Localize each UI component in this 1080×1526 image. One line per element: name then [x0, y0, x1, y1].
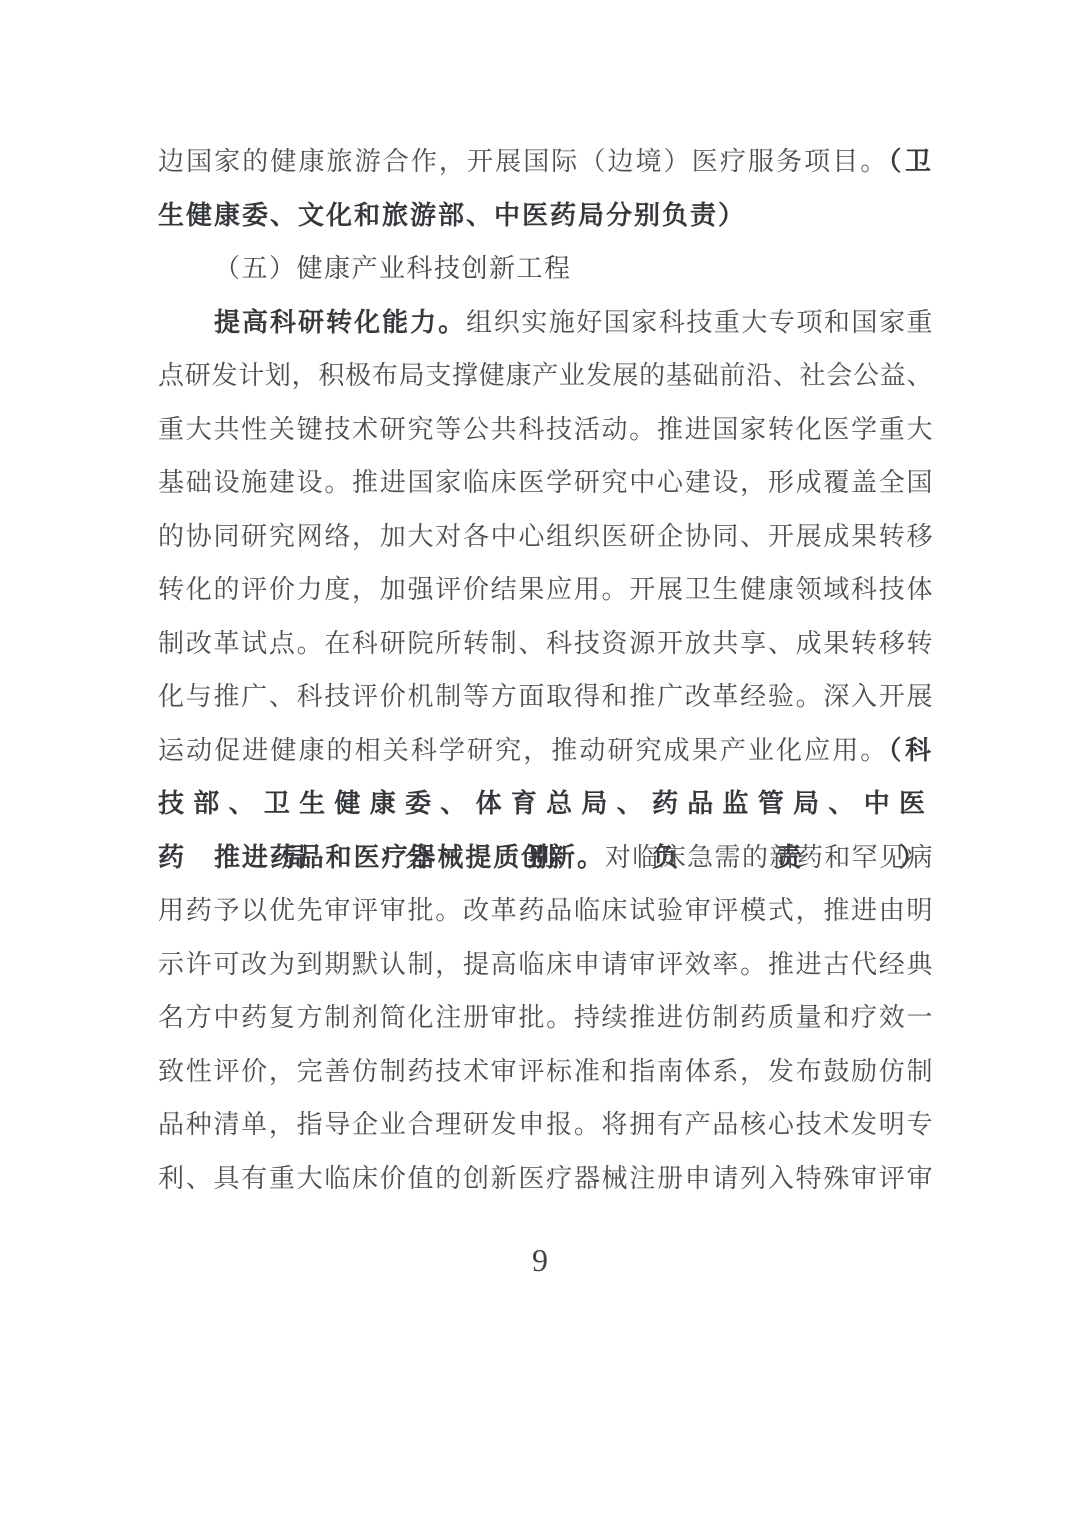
body-text: 制改革试点。在科研院所转制、科技资源开放共享、成果转移转 — [158, 629, 933, 658]
document-text-block: 边国家的健康旅游合作，开展国际（边境）医疗服务项目。（卫 生健康委、文化和旅游部… — [158, 135, 933, 1205]
text-line: 品种清单，指导企业合理研发申报。将拥有产品核心技术发明专 — [158, 1098, 933, 1152]
text-line: 点研发计划，积极布局支撑健康产业发展的基础前沿、社会公益、 — [158, 349, 933, 403]
body-text: 点研发计划，积极布局支撑健康产业发展的基础前沿、社会公益、 — [158, 361, 933, 390]
section-heading-text: （五）健康产业科技创新工程 — [214, 254, 572, 283]
text-line: 重大共性关键技术研究等公共科技活动。推进国家转化医学重大 — [158, 403, 933, 457]
text-line: 运动促进健康的相关科学研究，推动研究成果产业化应用。（科 — [158, 724, 933, 778]
body-text: 的协同研究网络，加大对各中心组织医研企协同、开展成果转移 — [158, 522, 933, 551]
document-page: 边国家的健康旅游合作，开展国际（边境）医疗服务项目。（卫 生健康委、文化和旅游部… — [0, 0, 1080, 1526]
text-line: 示许可改为到期默认制，提高临床申请审评效率。推进古代经典 — [158, 938, 933, 992]
body-text: 转化的评价力度，加强评价结果应用。开展卫生健康领域科技体 — [158, 575, 933, 604]
body-text: 利、具有重大临床价值的创新医疗器械注册申请列入特殊审评审 — [158, 1164, 933, 1193]
section-heading: （五）健康产业科技创新工程 — [158, 242, 933, 296]
body-text: 运动促进健康的相关科学研究，推动研究成果产业化应用。 — [158, 736, 888, 765]
body-text: 边国家的健康旅游合作，开展国际（边境）医疗服务项目。 — [158, 147, 888, 176]
text-line: 利、具有重大临床价值的创新医疗器械注册申请列入特殊审评审 — [158, 1152, 933, 1206]
text-line: 转化的评价力度，加强评价结果应用。开展卫生健康领域科技体 — [158, 563, 933, 617]
body-text: 对临床急需的新药和罕见病 — [605, 843, 933, 872]
lead-emphasis-text: 提高科研转化能力。 — [214, 308, 466, 337]
text-line: 用药予以优先审评审批。改革药品临床试验审评模式，推进由明 — [158, 884, 933, 938]
text-line: 技部、卫生健康委、体育总局、药品监管局、中医药局分别负责） — [158, 777, 933, 831]
bold-agency-text: （卫 — [888, 146, 933, 176]
body-text: 组织实施好国家科技重大专项和国家重 — [466, 308, 933, 337]
text-line: 的协同研究网络，加大对各中心组织医研企协同、开展成果转移 — [158, 510, 933, 564]
text-line: 致性评价，完善仿制药技术审评标准和指南体系，发布鼓励仿制 — [158, 1045, 933, 1099]
text-line: 名方中药复方制剂简化注册审批。持续推进仿制药质量和疗效一 — [158, 991, 933, 1045]
text-line: 基础设施建设。推进国家临床医学研究中心建设，形成覆盖全国 — [158, 456, 933, 510]
bold-agency-text: （科 — [888, 735, 933, 765]
bold-agency-text: 生健康委、文化和旅游部、中医药局分别负责） — [158, 200, 746, 230]
text-line: 提高科研转化能力。组织实施好国家科技重大专项和国家重 — [158, 296, 933, 350]
text-line: 化与推广、科技评价机制等方面取得和推广改革经验。深入开展 — [158, 670, 933, 724]
body-text: 品种清单，指导企业合理研发申报。将拥有产品核心技术发明专 — [158, 1110, 933, 1139]
text-line: 推进药品和医疗器械提质创新。对临床急需的新药和罕见病 — [158, 831, 933, 885]
page-number: 9 — [0, 1242, 1080, 1279]
body-text: 化与推广、科技评价机制等方面取得和推广改革经验。深入开展 — [158, 682, 933, 711]
body-text: 基础设施建设。推进国家临床医学研究中心建设，形成覆盖全国 — [158, 468, 933, 497]
lead-emphasis-text: 推进药品和医疗器械提质创新。 — [214, 843, 605, 872]
body-text: 名方中药复方制剂简化注册审批。持续推进仿制药质量和疗效一 — [158, 1003, 933, 1032]
body-text: 致性评价，完善仿制药技术审评标准和指南体系，发布鼓励仿制 — [158, 1057, 933, 1086]
body-text: 重大共性关键技术研究等公共科技活动。推进国家转化医学重大 — [158, 415, 933, 444]
body-text: 示许可改为到期默认制，提高临床申请审评效率。推进古代经典 — [158, 950, 933, 979]
text-line: 生健康委、文化和旅游部、中医药局分别负责） — [158, 189, 933, 243]
text-line: 制改革试点。在科研院所转制、科技资源开放共享、成果转移转 — [158, 617, 933, 671]
text-line: 边国家的健康旅游合作，开展国际（边境）医疗服务项目。（卫 — [158, 135, 933, 189]
body-text: 用药予以优先审评审批。改革药品临床试验审评模式，推进由明 — [158, 896, 933, 925]
